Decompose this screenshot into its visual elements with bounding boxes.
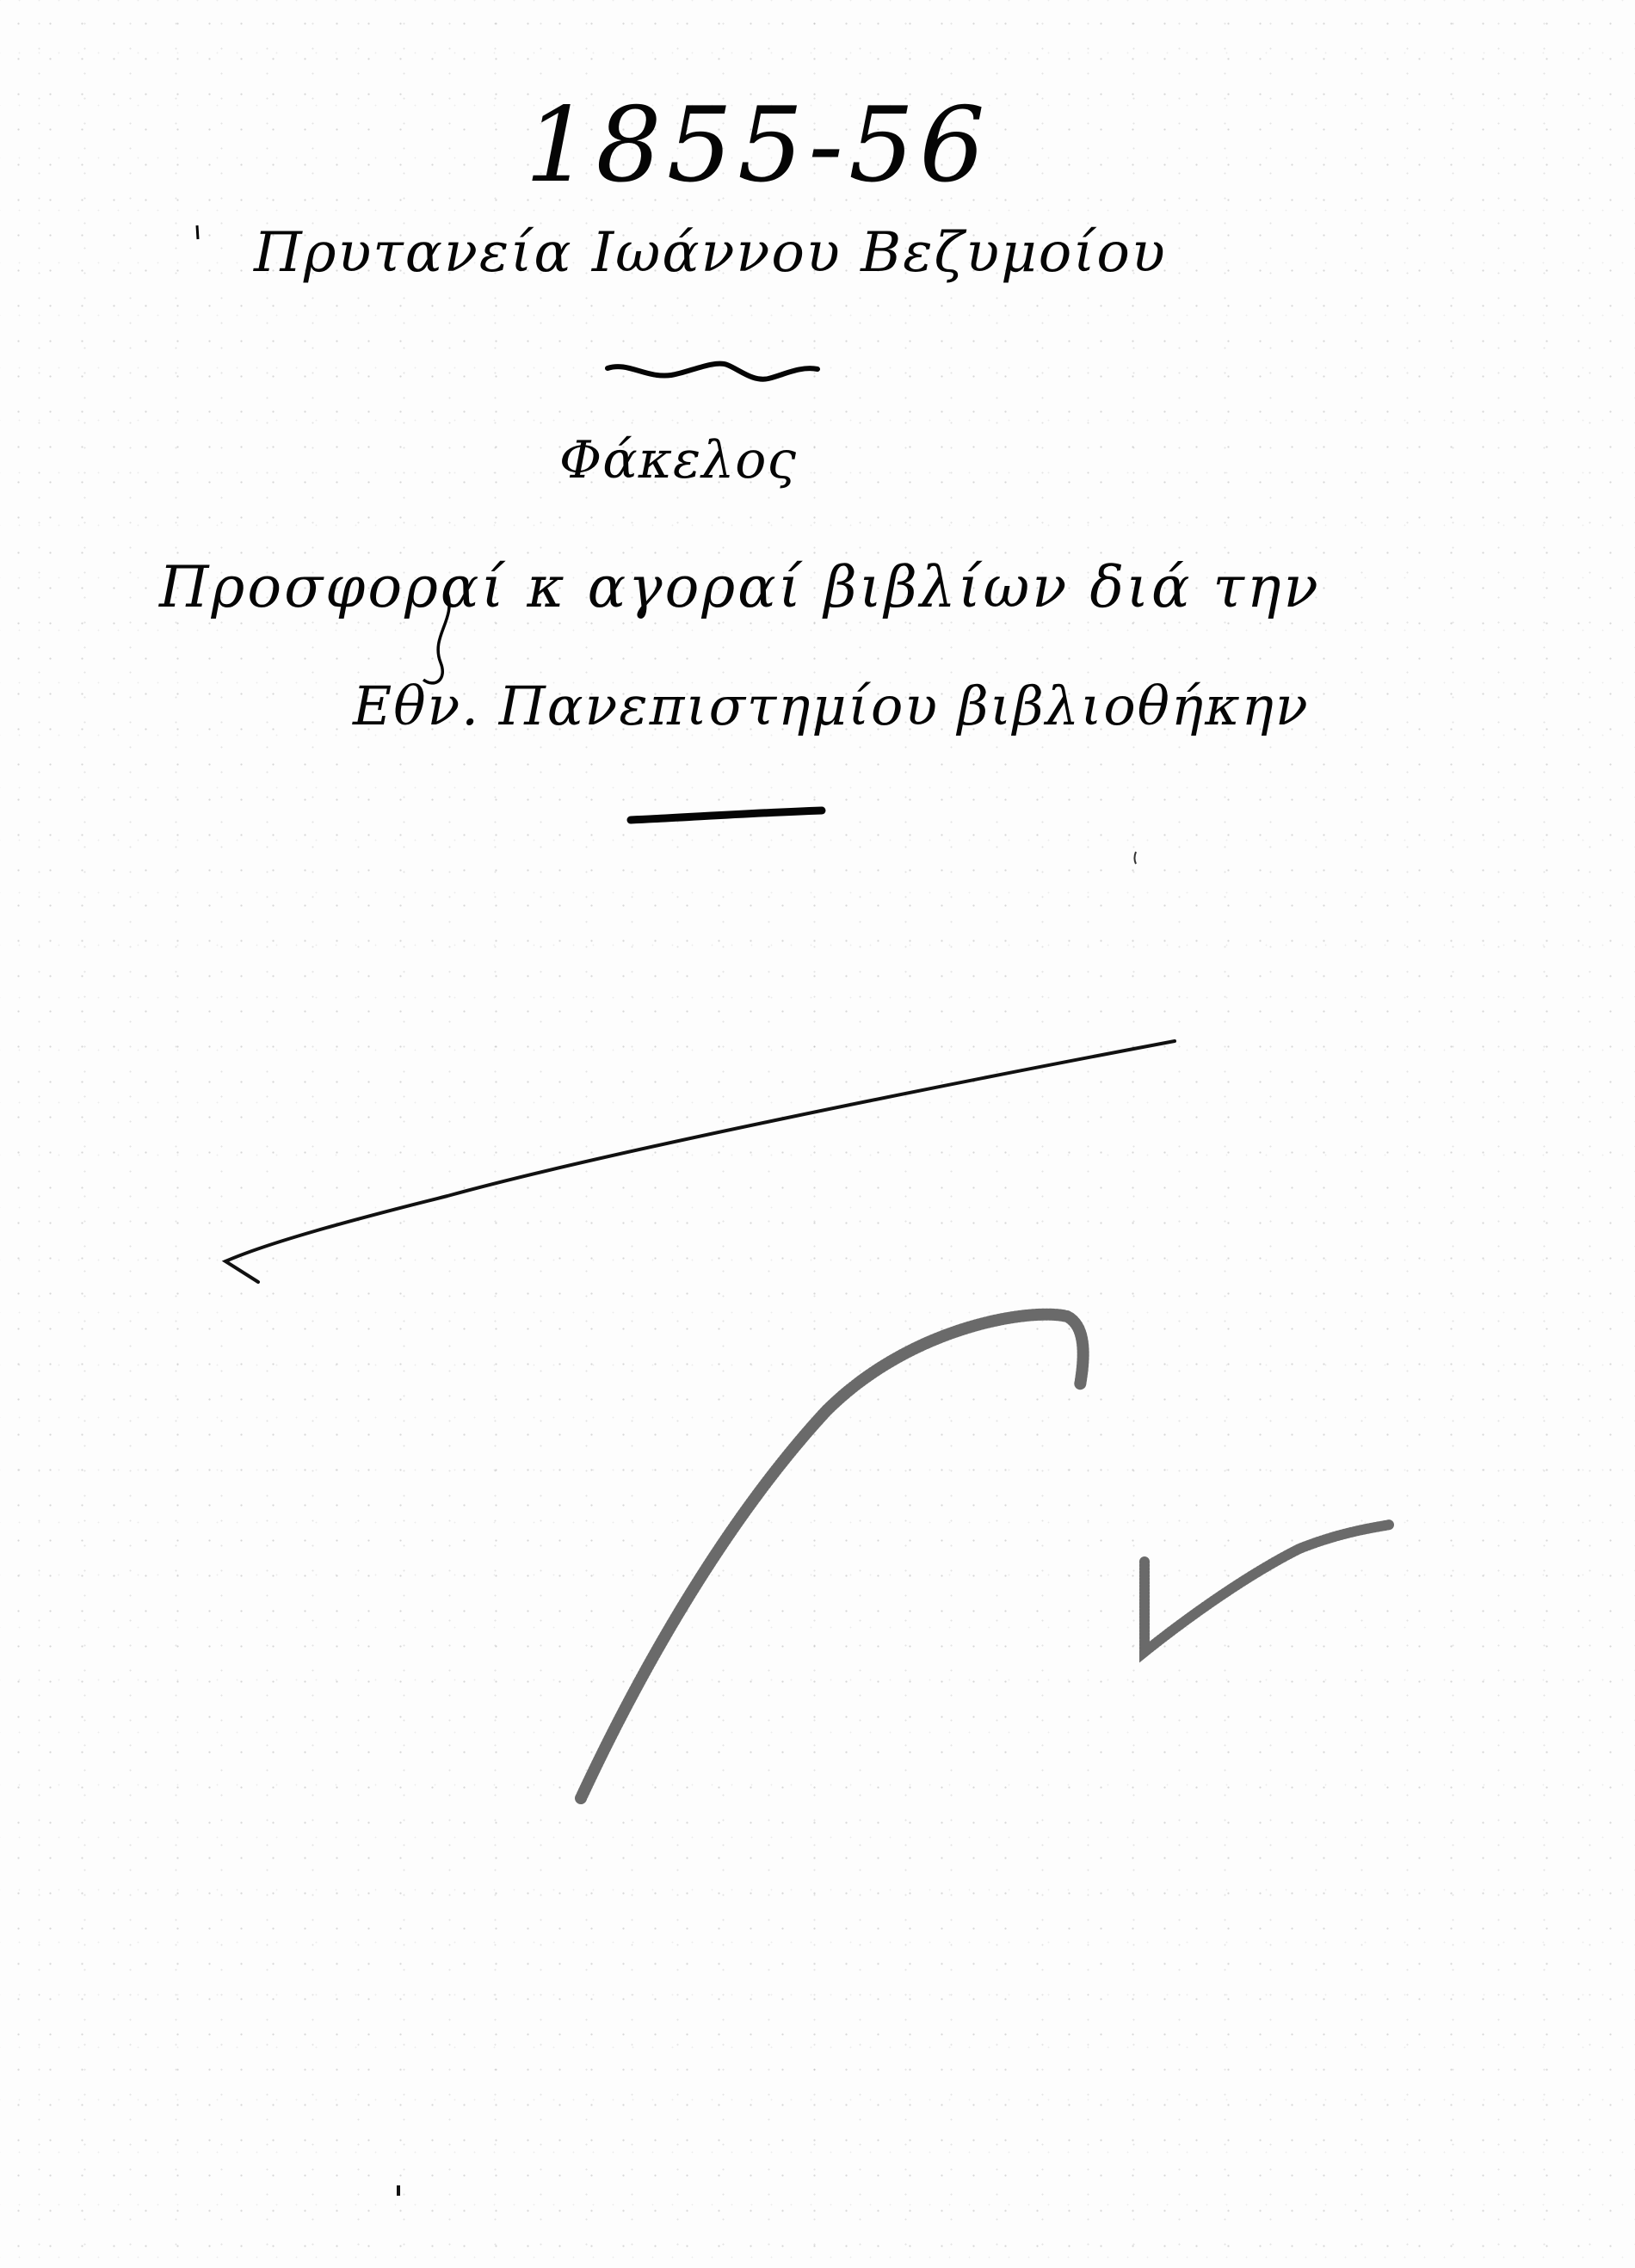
scanned-page: 1855-56 Πρυτανεία Ιωάννου Βεζυμοίου Φάκε… xyxy=(0,0,1635,2268)
pencil-check-stroke xyxy=(1144,1525,1390,1652)
kai-abbreviation-hook xyxy=(423,594,449,683)
pencil-arc-stroke xyxy=(581,1315,1083,1798)
diagonal-ink-line xyxy=(225,1041,1175,1282)
handwritten-marks xyxy=(0,0,1635,2268)
small-ink-mark xyxy=(197,225,198,239)
thick-underline-mark xyxy=(631,810,822,820)
wavy-squiggle-mark xyxy=(608,364,817,379)
stray-ink-mark xyxy=(1135,852,1137,864)
